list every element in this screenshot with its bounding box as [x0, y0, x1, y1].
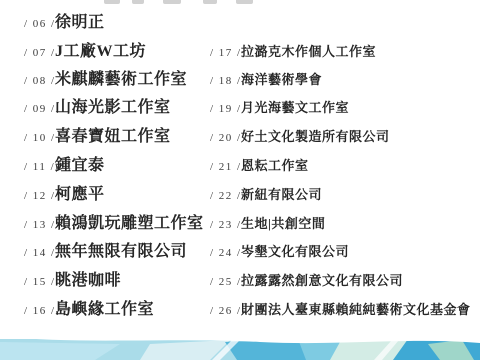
item-name: J工廠W工坊	[55, 43, 146, 61]
list-item: / 08 /米麒麟藝術工作室	[24, 71, 187, 90]
item-name: 山海光影工作室	[55, 99, 171, 117]
list-item: / 24 /岑墾文化有限公司	[210, 243, 349, 262]
item-number: / 07 /	[24, 44, 55, 62]
item-number: / 15 /	[24, 273, 55, 291]
list-item: / 13 /賴鴻凱玩雕塑工作室	[24, 215, 204, 234]
item-number: / 12 /	[24, 187, 55, 205]
item-name: 拉露露然創意文化有限公司	[241, 272, 403, 290]
list-item: / 16 /島嶼緣工作室	[24, 301, 154, 320]
list-item: / 23 /生地|共創空間	[210, 215, 325, 234]
item-number: / 23 /	[210, 216, 241, 234]
item-name: 賴鴻凱玩雕塑工作室	[55, 215, 204, 233]
list-item: / 22 /新紐有限公司	[210, 186, 322, 205]
list-item: / 17 /拉潞克木作個人工作室	[210, 43, 376, 62]
list-item: / 12 /柯應平	[24, 186, 105, 205]
item-name: 鍾宜泰	[55, 157, 105, 175]
item-number: / 19 /	[210, 100, 241, 118]
list-item: / 06 /徐明正	[24, 14, 105, 33]
item-number: / 20 /	[210, 129, 241, 147]
item-number: / 26 /	[210, 302, 241, 320]
item-name: 好土文化製造所有限公司	[241, 128, 390, 146]
list-item: / 18 /海洋藝術學會	[210, 71, 322, 90]
item-number: / 25 /	[210, 273, 241, 291]
list-item: / 15 /眺港咖啡	[24, 272, 121, 291]
directory-page: / 06 /徐明正 / 07 /J工廠W工坊 / 08 /米麒麟藝術工作室 / …	[0, 0, 480, 360]
cropped-text-remnant	[203, 0, 217, 4]
list-item: / 26 /財團法人臺東縣賴純純藝術文化基金會	[210, 301, 471, 320]
item-name: 米麒麟藝術工作室	[55, 71, 187, 89]
item-number: / 08 /	[24, 72, 55, 90]
list-item: / 07 /J工廠W工坊	[24, 43, 146, 62]
list-item: / 11 /鍾宜泰	[24, 157, 105, 176]
item-number: / 16 /	[24, 302, 55, 320]
item-name: 眺港咖啡	[55, 272, 121, 290]
list-item: / 25 /拉露露然創意文化有限公司	[210, 272, 403, 291]
item-name: 喜春寶妞工作室	[55, 128, 171, 146]
item-number: / 21 /	[210, 158, 241, 176]
cropped-text-remnant	[163, 0, 181, 4]
item-number: / 22 /	[210, 187, 241, 205]
item-name: 月光海藝文工作室	[241, 99, 349, 117]
list-item: / 10 /喜春寶妞工作室	[24, 128, 171, 147]
item-number: / 24 /	[210, 244, 241, 262]
cropped-text-remnant	[236, 0, 253, 4]
item-name: 海洋藝術學會	[241, 71, 322, 89]
list-item: / 19 /月光海藝文工作室	[210, 99, 349, 118]
item-name: 生地|共創空間	[241, 215, 325, 233]
item-name: 島嶼緣工作室	[55, 301, 154, 319]
item-number: / 13 /	[24, 216, 55, 234]
item-name: 無年無限有限公司	[55, 243, 187, 261]
item-number: / 18 /	[210, 72, 241, 90]
item-name: 徐明正	[55, 14, 105, 32]
watercolor-footer-band	[0, 336, 480, 360]
item-name: 新紐有限公司	[241, 186, 322, 204]
item-number: / 10 /	[24, 129, 55, 147]
cropped-text-remnant	[104, 0, 120, 4]
item-name: 拉潞克木作個人工作室	[241, 43, 376, 61]
list-item: / 14 /無年無限有限公司	[24, 243, 187, 262]
item-number: / 17 /	[210, 44, 241, 62]
item-name: 恩耘工作室	[241, 157, 309, 175]
item-number: / 14 /	[24, 244, 55, 262]
list-item: / 09 /山海光影工作室	[24, 99, 171, 118]
item-name: 岑墾文化有限公司	[241, 243, 349, 261]
list-item: / 21 /恩耘工作室	[210, 157, 309, 176]
cropped-text-remnant	[132, 0, 144, 4]
item-number: / 11 /	[24, 158, 55, 176]
item-name: 柯應平	[55, 186, 105, 204]
item-name: 財團法人臺東縣賴純純藝術文化基金會	[241, 301, 471, 319]
item-number: / 09 /	[24, 100, 55, 118]
list-item: / 20 /好土文化製造所有限公司	[210, 128, 390, 147]
item-number: / 06 /	[24, 15, 55, 33]
